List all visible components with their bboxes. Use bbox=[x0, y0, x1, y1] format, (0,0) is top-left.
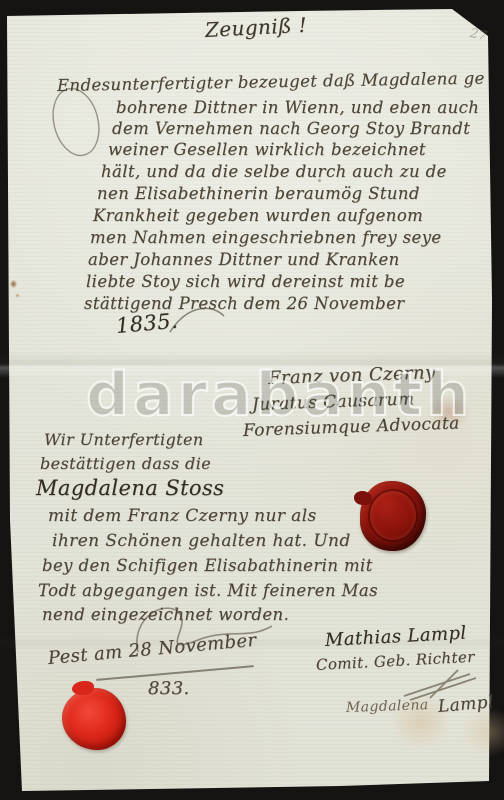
confirmation-line: nend eingezeichnet worden. bbox=[42, 605, 289, 624]
darabanth-watermark: darabanth bbox=[86, 360, 473, 430]
confirmation-line: bestättigen dass die bbox=[40, 454, 211, 473]
confirmation-line: mit dem Franz Czerny nur als bbox=[48, 506, 317, 526]
confirmation-line-name: Magdalena Stoss bbox=[36, 476, 224, 500]
confirmation-line: bey den Schifigen Elisabathinerin mit bbox=[42, 556, 373, 575]
paragraph-line: hält, und da die selbe durch auch zu de bbox=[101, 162, 447, 181]
paragraph-line: men Nahmen eingeschriebnen frey seye bbox=[90, 228, 442, 247]
paragraph-line: aber Johannes Dittner und Kranken bbox=[88, 250, 400, 269]
photo-of-manuscript: Zeugniß ! 27 Endesunterfertigter bezeuge… bbox=[0, 0, 504, 800]
confirmation-line: ihren Schönen gehalten hat. Und bbox=[52, 531, 351, 551]
paragraph-line: dem Vernehmen nach Georg Stoy Brandt bbox=[112, 119, 470, 138]
paragraph-line: weiner Gesellen wirklich bezeichnet bbox=[108, 140, 426, 159]
paragraph-line: nen Elisabethinerin beraumög Stund bbox=[97, 184, 420, 203]
year-line: 833. bbox=[148, 678, 190, 699]
signature-magdalena-first: Magdalena bbox=[346, 697, 429, 716]
paragraph-line: bohrene Dittner in Wienn, und eben auch bbox=[116, 98, 479, 117]
paragraph-line: liebte Stoy sich wird dereinst mit be bbox=[86, 272, 405, 291]
paragraph-line: stättigend Presch dem 26 November bbox=[84, 294, 405, 313]
confirmation-line: Todt abgegangen ist. Mit feineren Mas bbox=[38, 581, 378, 600]
paragraph-line: Krankheit gegeben wurden aufgenom bbox=[93, 206, 423, 225]
pencil-page-number: 27 bbox=[468, 26, 488, 44]
confirmation-line: Wir Unterfertigten bbox=[44, 430, 204, 449]
